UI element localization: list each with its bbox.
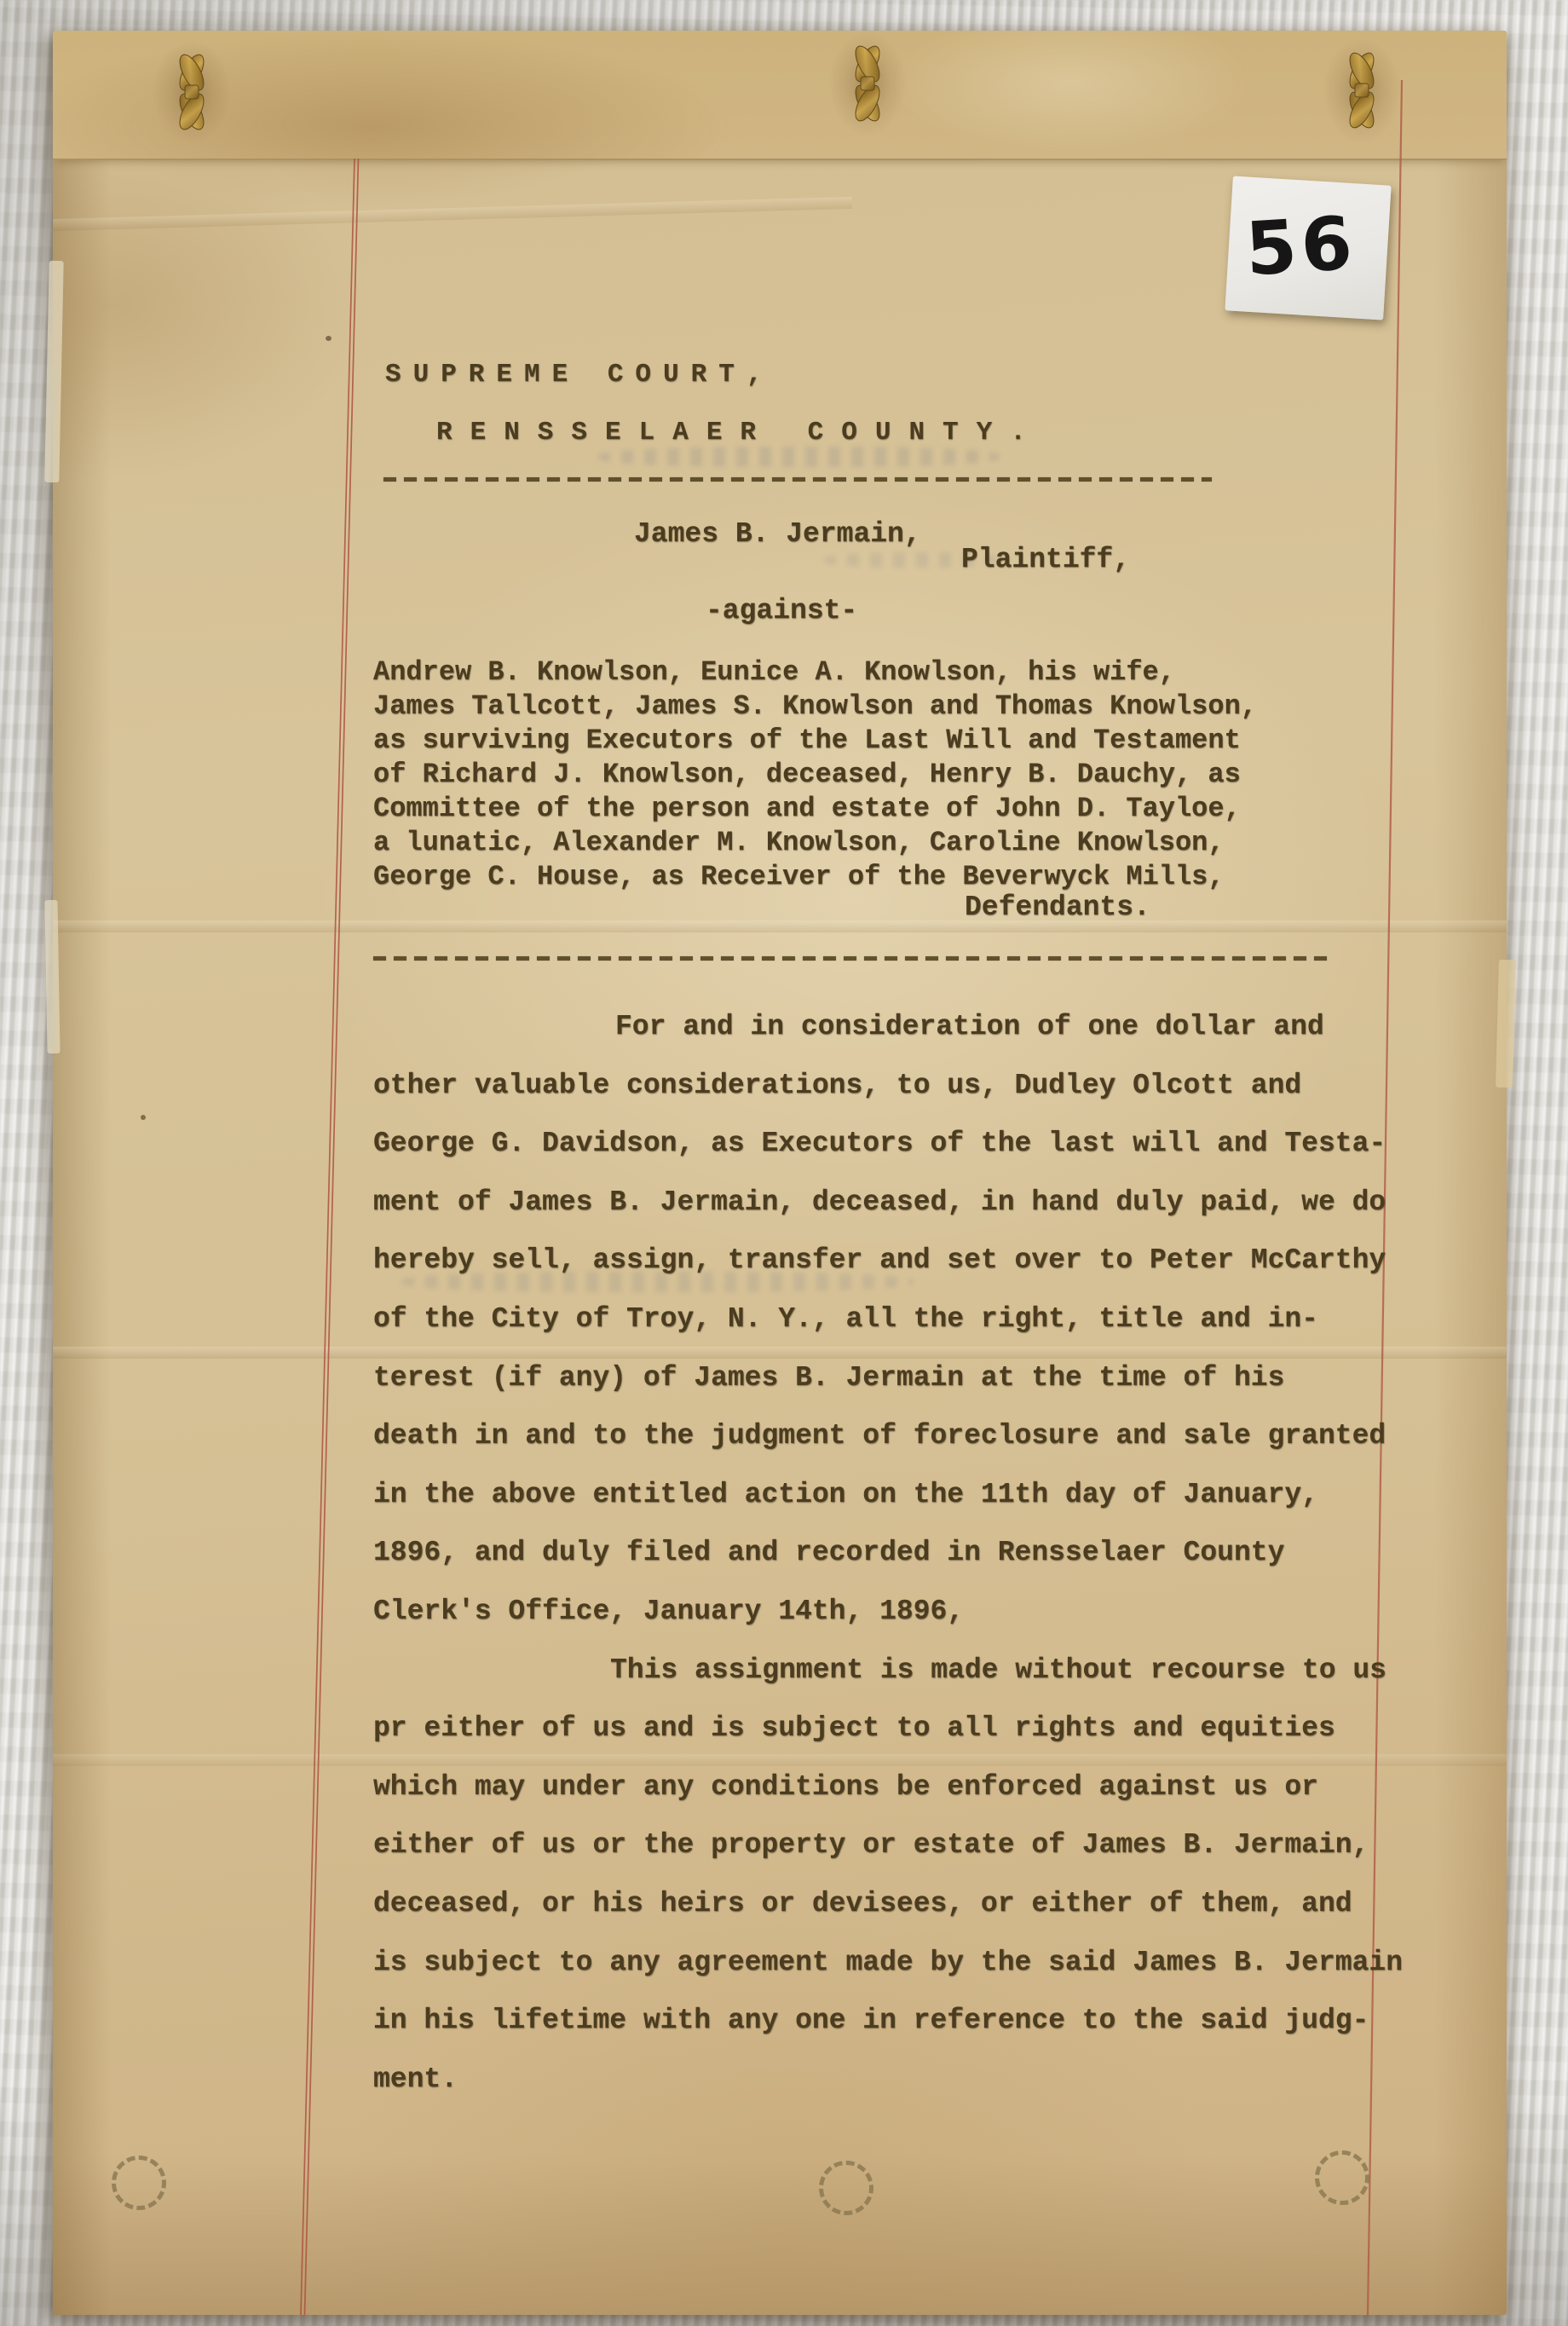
defendants-role-label: Defendants. (965, 892, 1150, 923)
photo-scene: SUPREME COURT, RENSSELAER COUNTY. James … (0, 0, 1568, 2326)
body-text-line: death in and to the judgment of foreclos… (373, 1420, 1403, 1479)
typed-dash-divider (383, 477, 1212, 482)
punch-hole (1315, 2150, 1369, 2205)
number-sticker: 56 (1225, 176, 1391, 320)
sticker-label: 56 (1243, 201, 1359, 293)
defendants-line: George C. House, as Receiver of the Beve… (373, 861, 1257, 895)
body-text-line: terest (if any) of James B. Jermain at t… (373, 1362, 1403, 1421)
left-margin-rule (301, 159, 355, 2315)
body-text-line: ment of James B. Jermain, deceased, in h… (373, 1186, 1403, 1245)
defendants-line: of Richard J. Knowlson, deceased, Henry … (373, 759, 1257, 793)
versus-label: -against- (706, 595, 857, 626)
court-header-line: SUPREME COURT, (385, 360, 774, 390)
body-text-line: George G. Davidson, as Executors of the … (373, 1128, 1403, 1186)
punch-hole (819, 2161, 873, 2215)
body-text-line: hereby sell, assign, transfer and set ov… (373, 1244, 1403, 1303)
body-text-line: other valuable considerations, to us, Du… (373, 1070, 1403, 1128)
left-margin-rule (305, 159, 359, 2315)
body-text-line: 1896, and duly filed and recorded in Ren… (373, 1537, 1403, 1596)
county-header-line: RENSSELAER COUNTY. (436, 418, 1044, 447)
ink-bleedthrough (598, 447, 999, 467)
fastener-shadow (153, 39, 231, 145)
ink-speck (326, 336, 331, 341)
typed-dash-divider (373, 956, 1331, 961)
brass-fastener-icon (1335, 48, 1389, 133)
body-text: For and in consideration of one dollar a… (373, 1011, 1403, 2121)
defendants-line: James Tallcott, James S. Knowlson and Th… (373, 690, 1257, 724)
body-text-line: pr either of us and is subject to all ri… (373, 1712, 1403, 1771)
fastener-shadow (828, 31, 907, 136)
defendants-line: Committee of the person and estate of Jo… (373, 793, 1257, 827)
body-text-line: is subject to any agreement made by the … (373, 1947, 1403, 2006)
ink-speck (141, 1115, 146, 1120)
body-text-line: This assignment is made without recourse… (373, 1654, 1403, 1713)
paper-sheet: SUPREME COURT, RENSSELAER COUNTY. James … (53, 31, 1507, 2315)
body-text-line: deceased, or his heirs or devisees, or e… (373, 1888, 1403, 1947)
plaintiff-role-label: Plaintiff, (961, 544, 1130, 575)
body-text-line: in his lifetime with any one in referenc… (373, 2005, 1403, 2063)
brass-fastener-icon (840, 41, 895, 126)
body-text-line: either of us or the property or estate o… (373, 1829, 1403, 1888)
fastener-shadow (1323, 38, 1401, 143)
defendants-block: Andrew B. Knowlson, Eunice A. Knowlson, … (373, 656, 1257, 895)
defendants-line: Andrew B. Knowlson, Eunice A. Knowlson, … (373, 656, 1257, 690)
defendants-line: a lunatic, Alexander M. Knowlson, Caroli… (373, 827, 1257, 861)
body-text-line: in the above entitled action on the 11th… (373, 1479, 1403, 1538)
body-text-line: Clerk's Office, January 14th, 1896, (373, 1596, 1403, 1654)
body-text-line: which may under any conditions be enforc… (373, 1771, 1403, 1830)
brass-fastener-icon (164, 49, 219, 135)
body-text-line: of the City of Troy, N. Y., all the righ… (373, 1303, 1403, 1362)
plaintiff-name: James B. Jermain, (634, 518, 921, 550)
defendants-line: as surviving Executors of the Last Will … (373, 724, 1257, 759)
punch-hole (112, 2156, 166, 2210)
body-text-line: ment. (373, 2063, 1403, 2122)
body-text-line: For and in consideration of one dollar a… (373, 1011, 1403, 1070)
